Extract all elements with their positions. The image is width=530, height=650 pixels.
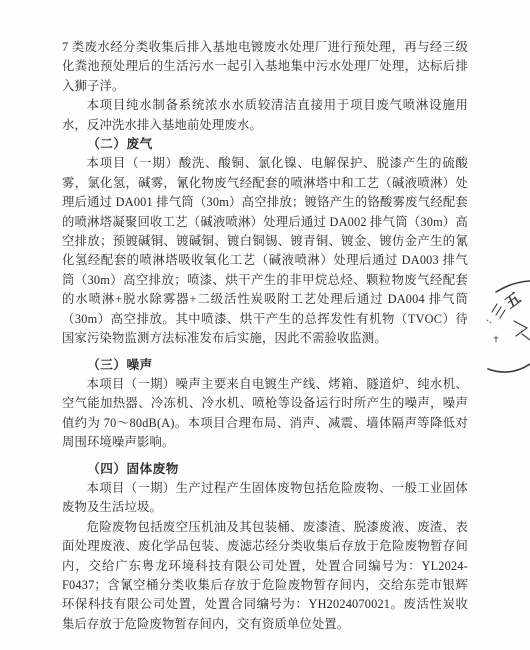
section-heading-noise: （三）噪声 [62,356,468,375]
section-heading-solid-waste: （四）固体废物 [62,460,468,479]
section-heading-waste-gas: （二）废气 [62,135,468,154]
paragraph-noise: 本项目（一期）噪声主要来自电镀生产线、烤箱、隧道炉、纯水机、空气能加热器、冷冻机… [62,375,468,453]
document-text: 7 类废水经分类收集后排入基地电镀废水处理厂进行预处理，再与经三级化粪池预处理后… [62,38,468,634]
scanned-document-page: 7 类废水经分类收集后排入基地电镀废水处理厂进行预处理，再与经三级化粪池预处理后… [0,0,530,650]
paragraph-hazardous-waste: 危险废物包括废空压机油及其包装桶、废漆渣、脱漆废液、废渣、表面处理废液、废化学品… [62,518,468,634]
page-number: 3 [0,599,530,609]
paragraph-waste-gas: 本项目（一期）酸洗、酸铜、氯化镍、电解保护、脱漆产生的硫酸雾，氯化氢，碱雾，氰化… [62,154,468,348]
paragraph-pure-water: 本项目纯水制备系统浓水水质较清洁直接用于项目废气喷淋设施用水，反冲洗水排入基地前… [62,96,468,135]
handwritten-character: 五 [502,290,524,313]
paragraph-solid-waste-overview: 本项目（一期）生产过程产生固体废物包括危险废物、一般工业固体废物及生活垃圾。 [62,479,468,518]
handwritten-circle-stamp-icon: 五 [472,280,530,392]
paragraph-wastewater-continued: 7 类废水经分类收集后排入基地电镀废水处理厂进行预处理，再与经三级化粪池预处理后… [62,38,468,96]
